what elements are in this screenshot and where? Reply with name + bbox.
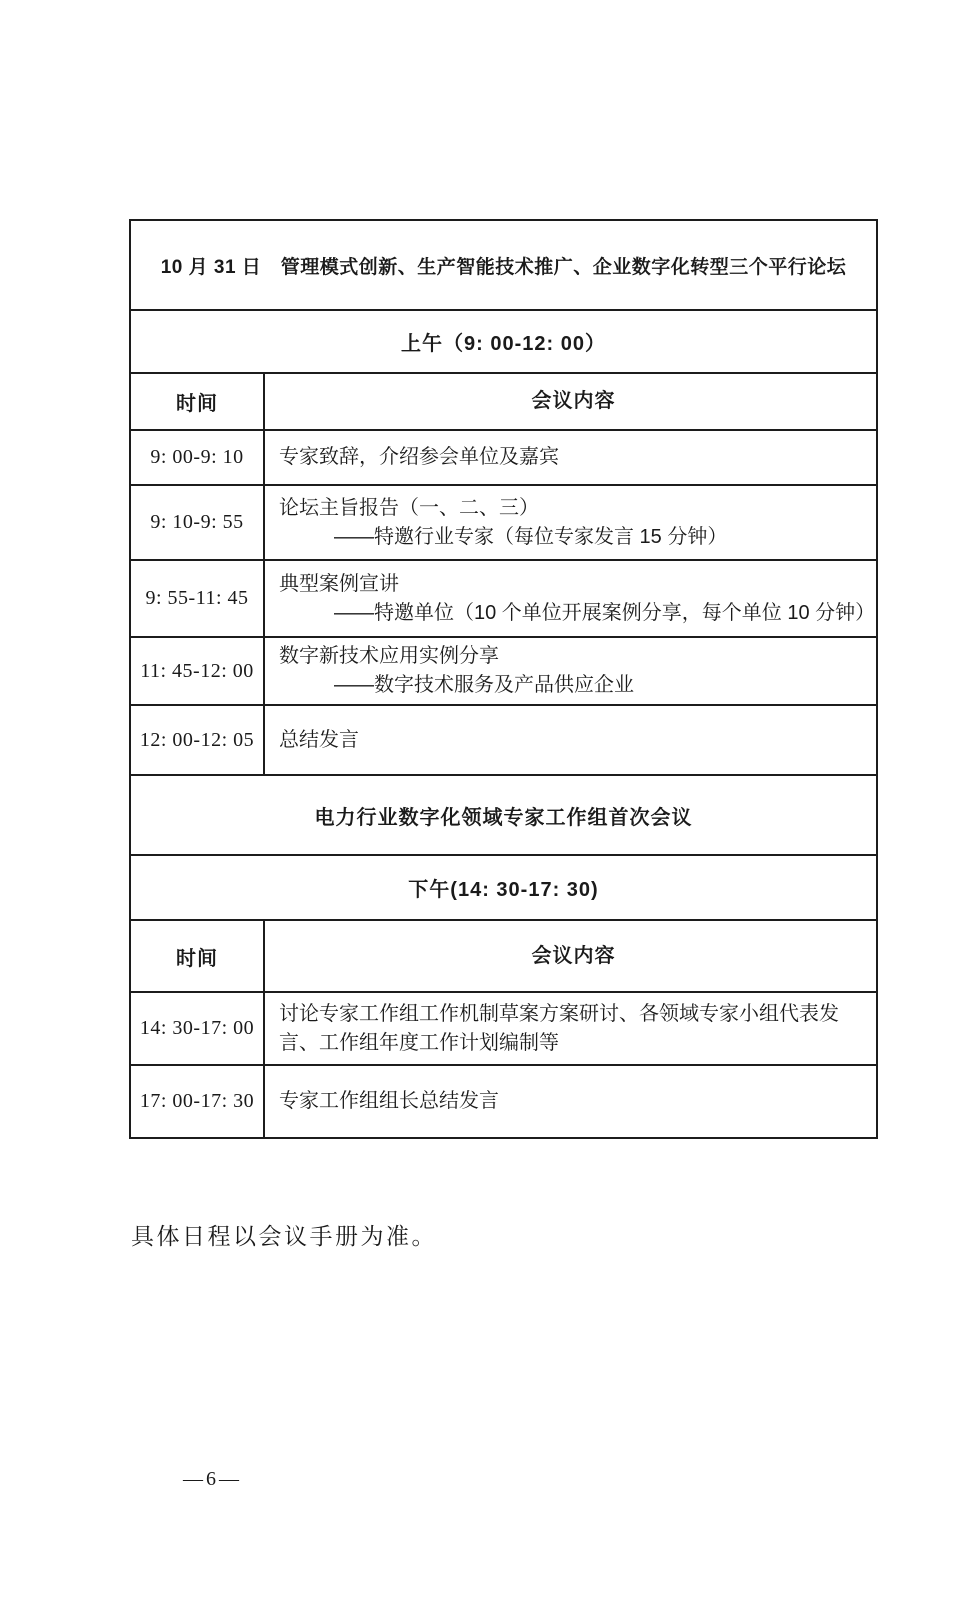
table-row: 9: 00-9: 10 专家致辞，介绍参会单位及嘉宾	[131, 429, 876, 484]
table-row: 11: 45-12: 00 数字新技术应用实例分享 ——数字技术服务及产品供应企…	[131, 636, 876, 704]
time-cell: 9: 55-11: 45	[131, 561, 265, 636]
time-cell: 14: 30-17: 00	[131, 993, 265, 1064]
content-line: 典型案例宣讲	[279, 570, 868, 599]
footer-note: 具体日程以会议手册为准。	[131, 1218, 437, 1251]
content-line: ——特邀行业专家（每位专家发言 15 分钟）	[279, 523, 868, 552]
table-row: 9: 55-11: 45 典型案例宣讲 ——特邀单位（10 个单位开展案例分享，…	[131, 559, 876, 636]
table-row: 14: 30-17: 00 讨论专家工作组工作机制草案方案研讨、各领域专家小组代…	[131, 991, 876, 1064]
time-cell: 17: 00-17: 30	[131, 1066, 265, 1137]
morning-session-label: 上午（9: 00-12: 00）	[131, 311, 876, 372]
column-header-time: 时间	[131, 921, 265, 991]
content-line: ——数字技术服务及产品供应企业	[279, 671, 868, 700]
column-header-content-label: 会议内容	[532, 387, 616, 416]
time-cell: 9: 10-9: 55	[131, 486, 265, 559]
morning-session-row: 上午（9: 00-12: 00）	[131, 309, 876, 372]
content-cell: 数字新技术应用实例分享 ——数字技术服务及产品供应企业	[265, 638, 876, 704]
column-header-row: 时间 会议内容	[131, 919, 876, 991]
time-cell: 9: 00-9: 10	[131, 431, 265, 484]
table-row: 17: 00-17: 30 专家工作组组长总结发言	[131, 1064, 876, 1137]
banner-label: 电力行业数字化领域专家工作组首次会议	[131, 776, 876, 854]
agenda-table: 10 月 31 日 管理模式创新、生产智能技术推广、企业数字化转型三个平行论坛 …	[129, 219, 878, 1139]
afternoon-session-row: 下午(14: 30-17: 30)	[131, 854, 876, 919]
content-line: 总结发言	[279, 726, 868, 755]
content-cell: 典型案例宣讲 ——特邀单位（10 个单位开展案例分享，每个单位 10 分钟）	[265, 561, 876, 636]
time-cell: 12: 00-12: 05	[131, 706, 265, 774]
page-number: —6—	[183, 1468, 242, 1491]
content-line: ——特邀单位（10 个单位开展案例分享，每个单位 10 分钟）	[279, 599, 868, 628]
banner-row: 电力行业数字化领域专家工作组首次会议	[131, 774, 876, 854]
time-cell: 11: 45-12: 00	[131, 638, 265, 704]
afternoon-session-label: 下午(14: 30-17: 30)	[131, 856, 876, 919]
content-line: 讨论专家工作组工作机制草案方案研讨、各领域专家小组代表发言、工作组年度工作计划编…	[279, 1000, 868, 1058]
table-row: 9: 10-9: 55 论坛主旨报告（一、二、三） ——特邀行业专家（每位专家发…	[131, 484, 876, 559]
table-title: 10 月 31 日 管理模式创新、生产智能技术推广、企业数字化转型三个平行论坛	[131, 221, 876, 309]
table-title-row: 10 月 31 日 管理模式创新、生产智能技术推广、企业数字化转型三个平行论坛	[131, 221, 876, 309]
document-page: 10 月 31 日 管理模式创新、生产智能技术推广、企业数字化转型三个平行论坛 …	[0, 0, 975, 1600]
content-line: 专家工作组组长总结发言	[279, 1087, 868, 1116]
content-line: 论坛主旨报告（一、二、三）	[279, 494, 868, 523]
content-cell: 专家致辞，介绍参会单位及嘉宾	[265, 431, 876, 484]
column-header-content-label: 会议内容	[532, 942, 616, 971]
column-header-content: 会议内容	[265, 921, 876, 991]
content-cell: 讨论专家工作组工作机制草案方案研讨、各领域专家小组代表发言、工作组年度工作计划编…	[265, 993, 876, 1064]
content-line: 专家致辞，介绍参会单位及嘉宾	[279, 443, 868, 472]
column-header-time: 时间	[131, 374, 265, 429]
content-cell: 论坛主旨报告（一、二、三） ——特邀行业专家（每位专家发言 15 分钟）	[265, 486, 876, 559]
content-line: 数字新技术应用实例分享	[279, 642, 868, 671]
column-header-content: 会议内容	[265, 374, 876, 429]
content-cell: 总结发言	[265, 706, 876, 774]
table-row: 12: 00-12: 05 总结发言	[131, 704, 876, 774]
content-cell: 专家工作组组长总结发言	[265, 1066, 876, 1137]
column-header-row: 时间 会议内容	[131, 372, 876, 429]
